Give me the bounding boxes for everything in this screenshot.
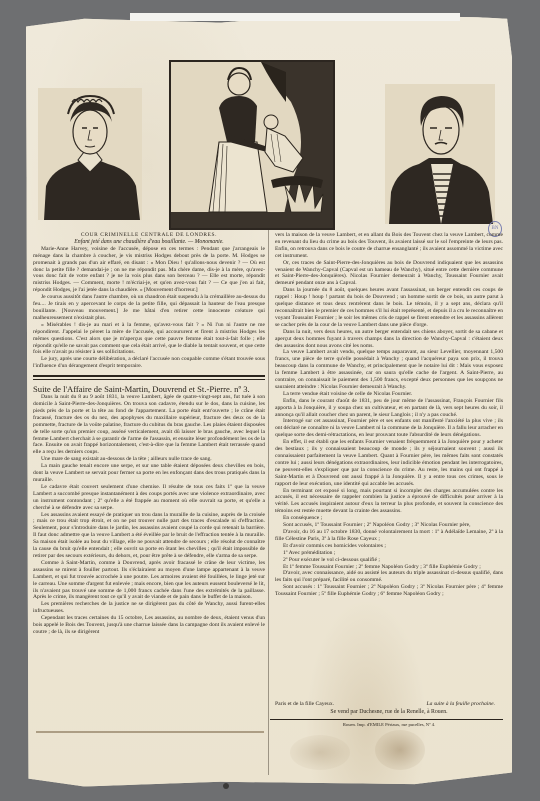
column-divider bbox=[268, 230, 269, 775]
paper-hole bbox=[223, 783, 229, 789]
sold-by-line: Se vend par Duchesne, rue de la Renelle,… bbox=[275, 709, 503, 715]
paragraph: Dans la journée du 8 août, quelques heur… bbox=[275, 287, 503, 328]
section-rule-thin bbox=[33, 379, 265, 380]
continuation-note: La suite à la feuille prochaine. bbox=[427, 701, 495, 707]
paragraph: Comme à Saint-Martin, comme à Douvrend, … bbox=[33, 560, 265, 601]
court-title: COUR CRIMINELLE CENTRALE DE LONDRES. bbox=[33, 232, 265, 239]
paragraph: Or, ces traces de Saint-Pierre-des-Jonqu… bbox=[275, 260, 503, 288]
continuation-text: Paris et de la fille Cayeux. bbox=[275, 701, 334, 707]
paragraph: Les assassins avaient essayé de pratique… bbox=[33, 512, 265, 560]
paragraph: vers la maison de la veuve Lambert, et e… bbox=[275, 232, 503, 260]
paragraph: « Misérables ! dis-je au mari et à la fe… bbox=[33, 322, 265, 357]
woman-portrait-woodcut bbox=[38, 88, 142, 220]
paragraph: En conséquence ; bbox=[275, 515, 503, 522]
man-portrait-icon bbox=[385, 84, 495, 224]
paragraph: Je courus aussitôt dans l'autre chambre,… bbox=[33, 294, 265, 322]
paragraph: La terre vendue était voisine de celle d… bbox=[275, 391, 503, 398]
section-heading: Suite de l'Affaire de Saint-Martin, Douv… bbox=[33, 384, 265, 394]
paragraph: Les premières recherches de la justice n… bbox=[33, 601, 265, 615]
cauldron-scene-woodcut bbox=[169, 60, 335, 230]
man-portrait-woodcut bbox=[385, 84, 495, 224]
paragraph: Une mare de sang existait au-dessous de … bbox=[33, 456, 265, 463]
paragraph: La veuve Lambert avait vendu, quelque te… bbox=[275, 349, 503, 390]
paragraph: En terminant cet exposé si long, mais po… bbox=[275, 488, 503, 516]
cauldron-scene-icon bbox=[171, 62, 333, 228]
paragraph: Sont accusés : 1º Toussaint Fournier ; 2… bbox=[275, 584, 503, 598]
section-rule bbox=[33, 375, 265, 377]
paragraph: Le jury, après une courte délibération, … bbox=[33, 356, 265, 370]
paragraph: Enfin, dans le courant d'août de 1831, p… bbox=[275, 398, 503, 419]
mount-tape bbox=[130, 13, 460, 21]
woman-portrait-icon bbox=[38, 88, 142, 220]
paragraph: La main gauche tenait encore une serpe, … bbox=[33, 463, 265, 484]
paragraph: 1º Avec préméditation ; bbox=[275, 550, 503, 557]
printer-imprint: Rouen. Imp. d'EMILE Périaux, rue pucelle… bbox=[275, 722, 503, 727]
right-column: vers la maison de la veuve Lambert, et e… bbox=[275, 232, 503, 598]
footer-rule bbox=[270, 719, 503, 720]
paragraph: Marie-Anne Harvey, voisine de l'accusée,… bbox=[33, 246, 265, 294]
paragraph: Dans la nuit du 8 au 9 août 1831, la veu… bbox=[33, 394, 265, 456]
paragraph: Cependant les traces certaines du 15 oct… bbox=[33, 615, 265, 636]
paragraph: Interrogé sur cet assassinat, Fournier p… bbox=[275, 418, 503, 439]
left-column-end-rule bbox=[36, 731, 264, 733]
paragraph: Et d'avoir commis ces homicides volontai… bbox=[275, 543, 503, 550]
paragraph: 2º Pour exécuter le vol ci-dessous quali… bbox=[275, 557, 503, 564]
paper-stain bbox=[290, 735, 350, 770]
paragraph: Sont accusés, 1º Toussaint Fournier ; 2º… bbox=[275, 522, 503, 529]
paragraph: D'avoir, du 16 au 17 octobre 1830, donné… bbox=[275, 529, 503, 543]
paragraph: Dans la nuit, vers deux heures, un autre… bbox=[275, 329, 503, 350]
paper-stain bbox=[375, 730, 425, 770]
paragraph: Le cadavre était couvert seulement d'une… bbox=[33, 484, 265, 512]
court-subtitle: Enfant jeté dans une chaudière d'eau bou… bbox=[33, 239, 265, 246]
left-column: COUR CRIMINELLE CENTRALE DE LONDRES. Enf… bbox=[33, 232, 265, 636]
paragraph: D'avoir, avec connaissance, aidé ou assi… bbox=[275, 570, 503, 584]
paragraph: En effet, il est établi que les enfants … bbox=[275, 439, 503, 487]
